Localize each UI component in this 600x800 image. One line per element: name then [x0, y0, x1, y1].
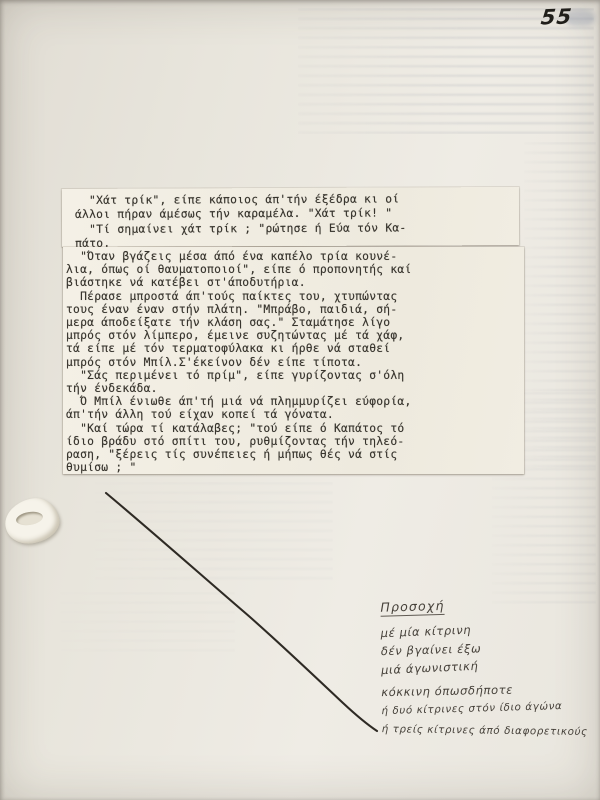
text-line: τά είπε μέ τόν τερματοφύλακα κι ήρθε νά …	[66, 342, 524, 355]
torn-punch-hole	[5, 499, 59, 543]
text-line: μπρός στόν λίμπερο, έμεινε συζητώντας μέ…	[66, 329, 524, 342]
text-line: "Σάς περιμένει τό πρίμ", είπε γυρίζοντας…	[66, 369, 524, 382]
scanned-manuscript-page: 55 "Χάτ τρίκ", είπε κάποιος άπ'τήν έξέδρ…	[0, 0, 600, 800]
bleedthrough-text-bottom-left	[60, 592, 235, 658]
page-number: 55	[540, 4, 574, 29]
text-line: ραση, "ξέρεις τίς συνέπειες ή μήπως θές …	[66, 448, 524, 461]
text-line: τήν ένδεκάδα.	[66, 382, 524, 395]
bleedthrough-text-mid-left	[95, 482, 333, 584]
bleedthrough-text-right-column	[524, 142, 596, 470]
text-line: θυμίσω ; "	[66, 461, 524, 474]
text-line: λια, όπως οί θαυματοποιοί", είπε ό προπο…	[66, 263, 524, 276]
text-line: "Όταν βγάζεις μέσα άπό ένα καπέλο τρία κ…	[66, 250, 524, 263]
typed-note-strip-1: "Χάτ τρίκ", είπε κάποιος άπ'τήν έξέδρα κ…	[62, 187, 519, 247]
handwritten-note-lines: μέ μία κίτρινηδέν βγαίνει έξωμιά άγωνιστ…	[381, 622, 600, 739]
text-line: ίδιο βράδυ στό σπίτι του, ρυθμίζοντας τή…	[66, 435, 524, 448]
typed-note-strip-2: "Όταν βγάζεις μέσα άπό ένα καπέλο τρία κ…	[63, 247, 524, 474]
text-line: άπ'τήν άλλη τού είχαν κοπεί τά γόνατα.	[66, 408, 524, 421]
text-line: τους έναν έναν στήν πλάτη. "Μπράβο, παιδ…	[66, 303, 524, 316]
text-line: Πέρασε μπροστά άπ'τούς παίκτες του, χτυπ…	[66, 290, 524, 303]
text-line: Ό Μπίλ ένιωθε άπ'τή μιά νά πλημμυρίζει ε…	[66, 395, 524, 408]
pen-stroke	[106, 493, 377, 731]
text-line: μερα άποδείξατε τήν κλάση σας." Σταμάτησ…	[66, 316, 524, 329]
text-line: μπρός στόν Μπίλ.Σ'έκείνον δέν είπε τίποτ…	[66, 356, 524, 369]
typed-text-2: "Όταν βγάζεις μέσα άπό ένα καπέλο τρία κ…	[63, 247, 524, 474]
text-line: ή τρείς κίτρινες άπό διαφορετικούς	[382, 720, 600, 741]
handwritten-note-heading: Προσοχή	[380, 598, 445, 617]
text-line: "Καί τώρα τί κατάλαβες; "τού είπε ό Καπά…	[66, 422, 524, 435]
handwritten-note: Προσοχή μέ μία κίτρινηδέν βγαίνει έξωμιά…	[380, 594, 599, 739]
text-line: βιάστηκε νά κατέβει στ'άποδυτήρια.	[66, 276, 524, 289]
typed-text-1: "Χάτ τρίκ", είπε κάποιος άπ'τήν έξέδρα κ…	[62, 187, 519, 251]
